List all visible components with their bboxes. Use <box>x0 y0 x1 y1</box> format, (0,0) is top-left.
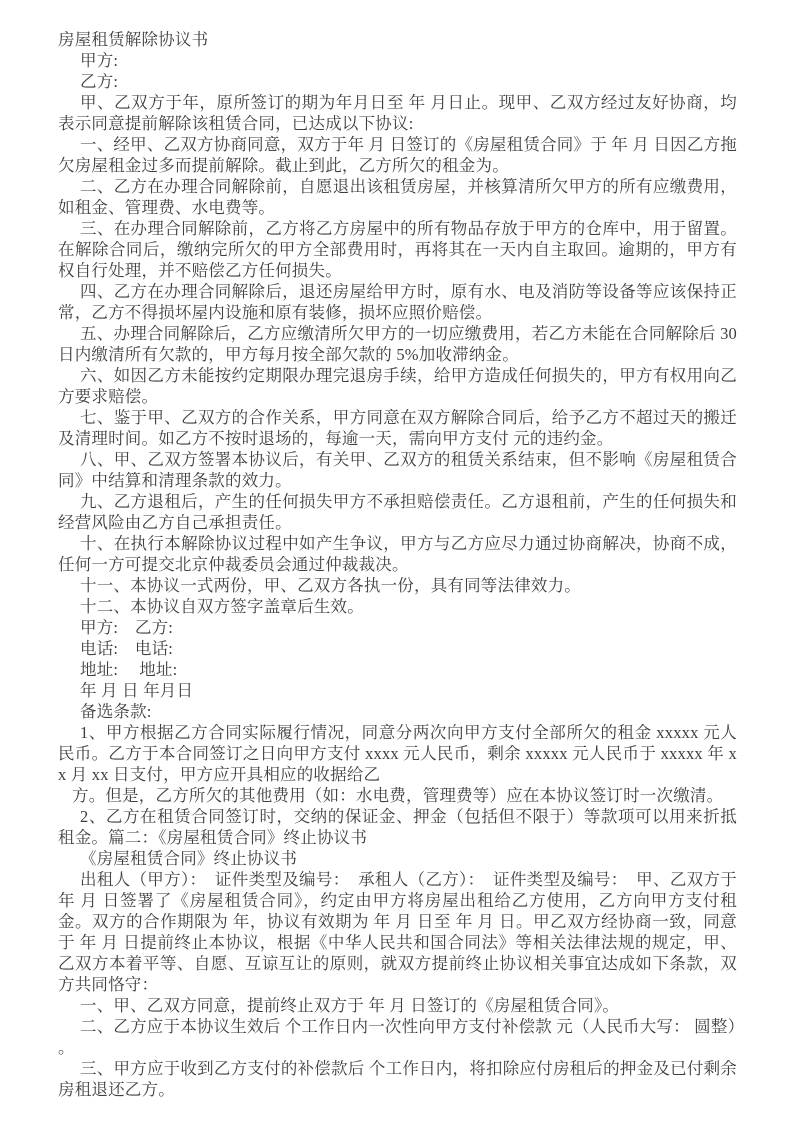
clause-12: 十二、本协议自双方签字盖章后生效。 <box>58 596 737 617</box>
optional-clause-1: 1、甲方根据乙方合同实际履行情况，同意分两次向甲方支付全部所欠的租金 xxxxx… <box>58 722 737 785</box>
party-a-label: 甲方: <box>58 50 737 71</box>
clause-1: 一、经甲、乙双方协商同意，双方于年 月 日签订的《房屋租赁合同》于 年 月 日因… <box>58 134 737 176</box>
document-title: 房屋租赁解除协议书 <box>58 29 737 50</box>
signature-parties: 甲方: 乙方: <box>58 617 737 638</box>
clause-10: 十、在执行本解除协议过程中如产生争议，甲方与乙方应尽力通过协商解决，协商不成，任… <box>58 533 737 575</box>
part-two-clause-1: 一、甲、乙双方同意，提前终止双方于 年 月 日签订的《房屋租赁合同》。 <box>58 995 737 1016</box>
optional-clauses-heading: 备选条款: <box>58 701 737 722</box>
clause-4: 四、乙方在办理合同解除后，退还房屋给甲方时，原有水、电及消防等设备等应该保持正常… <box>58 281 737 323</box>
signature-date: 年 月 日 年月日 <box>58 680 737 701</box>
clause-5: 五、办理合同解除后，乙方应缴清所欠甲方的一切应缴费用，若乙方未能在合同解除后 3… <box>58 323 737 365</box>
part-two-preamble: 出租人（甲方）： 证件类型及编号： 承租人（乙方）： 证件类型及编号： 甲、乙双… <box>58 869 737 995</box>
preamble: 甲、乙双方于年，原所签订的期为年月日至 年 月日止。现甲、乙双方经过友好协商，均… <box>58 92 737 134</box>
clause-3: 三、在办理合同解除前，乙方将乙方房屋中的所有物品存放于甲方的仓库中，用于留置。在… <box>58 218 737 281</box>
orphan-period: 。 <box>58 1037 737 1058</box>
document-body: 房屋租赁解除协议书甲方:乙方:甲、乙双方于年，原所签订的期为年月日至 年 月日止… <box>58 29 737 1100</box>
part-two-title: 《房屋租赁合同》终止协议书 <box>58 848 737 869</box>
signature-addresses: 地址: 地址: <box>58 659 737 680</box>
clause-6: 六、如因乙方未能按约定期限办理完退房手续，给甲方造成任何损失的，甲方有权用向乙方… <box>58 365 737 407</box>
clause-11: 十一、本协议一式两份，甲、乙双方各执一份，具有同等法律效力。 <box>58 575 737 596</box>
part-two-clause-3: 三、甲方应于收到乙方支付的补偿款后 个工作日内，将扣除应付房租后的押金及已付剩余… <box>58 1058 737 1100</box>
clause-8: 八、甲、乙双方签署本协议后，有关甲、乙双方的租赁关系结束，但不影响《房屋租赁合同… <box>58 449 737 491</box>
part-two-clause-2: 二、乙方应于本协议生效后 个工作日内一次性向甲方支付补偿款 元（人民币大写： 圆… <box>58 1016 737 1037</box>
document-page: 房屋租赁解除协议书甲方:乙方:甲、乙双方于年，原所签订的期为年月日至 年 月日止… <box>0 0 794 1123</box>
optional-clause-1-continued: 方。但是，乙方所欠的其他费用（如：水电费，管理费等）应在本协议签订时一次缴清。 <box>58 785 737 806</box>
clause-2: 二、乙方在办理合同解除前，自愿退出该租赁房屋，并核算清所欠甲方的所有应缴费用，如… <box>58 176 737 218</box>
party-b-label: 乙方: <box>58 71 737 92</box>
clause-9: 九、乙方退租后，产生的任何损失甲方不承担赔偿责任。乙方退租前，产生的任何损失和经… <box>58 491 737 533</box>
clause-7: 七、鉴于甲、乙双方的合作关系，甲方同意在双方解除合同后，给予乙方不超过天的搬迁及… <box>58 407 737 449</box>
optional-clause-2: 2、乙方在租赁合同签订时，交纳的保证金、押金（包括但不限于）等款项可以用来折抵租… <box>58 806 737 848</box>
signature-phones: 电话: 电话: <box>58 638 737 659</box>
